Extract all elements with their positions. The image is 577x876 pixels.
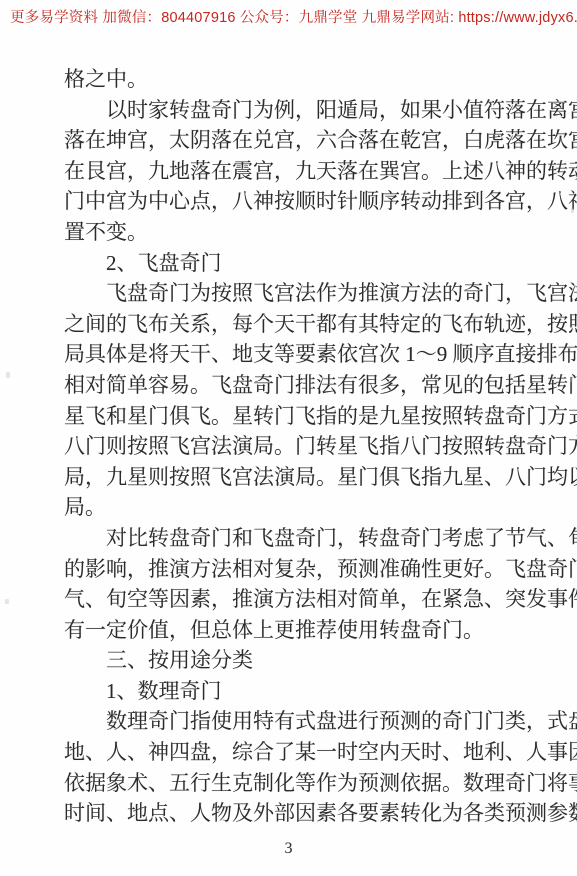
scan-speck xyxy=(570,377,573,382)
scan-speck xyxy=(5,599,9,604)
text-line: 气、旬空等因素，推演方法相对简单，在紧急、突发事件的预测上 xyxy=(64,584,534,615)
page-number: 3 xyxy=(0,840,577,858)
text-line: 以时家转盘奇门为例，阳遁局，如果小值符落在离宫，则螣蛇 xyxy=(64,95,534,126)
scanned-page: 更多易学资料 加微信：804407916 公众号：九鼎学堂 九鼎易学网站: ht… xyxy=(0,0,577,876)
text-line: 落在坤宫，太阴落在兑宫，六合落在乾宫，白虎落在坎宫，玄武落 xyxy=(64,125,534,156)
text-line-heading: 2、飞盘奇门 xyxy=(64,248,534,279)
text-line: 门中宫为中心点，八神按顺时针顺序转动排到各宫，八神的相对位 xyxy=(64,186,534,217)
text-line: 有一定价值，但总体上更推荐使用转盘奇门。 xyxy=(64,615,534,646)
text-line: 在艮宫，九地落在震宫，九天落在巽宫。上述八神的转动，是以奇 xyxy=(64,156,534,187)
text-line: 置不变。 xyxy=(64,217,534,248)
text-line: 对比转盘奇门和飞盘奇门，转盘奇门考虑了节气、旬空等因素 xyxy=(64,523,534,554)
text-line: 地、人、神四盘，综合了某一时空内天时、地利、人事因素和状态， xyxy=(64,737,534,768)
text-line: 星飞和星门俱飞。星转门飞指的是九星按照转盘奇门方式旋转演局， xyxy=(64,401,534,432)
scan-speck xyxy=(6,372,10,378)
text-line: 之间的飞布关系，每个天干都有其特定的飞布轨迹，按照飞宫法演 xyxy=(64,309,534,340)
text-line: 的影响，推演方法相对复杂，预测准确性更好。飞盘奇门未考虑节 xyxy=(64,554,534,585)
text-line: 八门则按照飞宫法演局。门转星飞指八门按照转盘奇门方式旋转演 xyxy=(64,431,534,462)
text-line: 局具体是将天干、地支等要素依宫次 1～9 顺序直接排布在九宫格中， xyxy=(64,339,534,370)
text-line: 飞盘奇门为按照飞宫法作为推演方法的奇门，飞宫法强调天干 xyxy=(64,278,534,309)
text-line: 数理奇门指使用特有式盘进行预测的奇门门类，式盘包括天、 xyxy=(64,706,534,737)
text-column: 格之中。 以时家转盘奇门为例，阳遁局，如果小值符落在离宫，则螣蛇 落在坤宫，太阴… xyxy=(64,64,534,829)
scan-speck xyxy=(571,208,574,213)
watermark-header: 更多易学资料 加微信：804407916 公众号：九鼎学堂 九鼎易学网站: ht… xyxy=(10,6,577,27)
text-line: 相对简单容易。飞盘奇门排法有很多，常见的包括星转门飞、门转 xyxy=(64,370,534,401)
text-line: 局，九星则按照飞宫法演局。星门俱飞指九星、八门均以飞宫法演 xyxy=(64,462,534,493)
text-line-heading: 1、数理奇门 xyxy=(64,676,534,707)
text-line: 依据象术、五行生克制化等作为预测依据。数理奇门将事物发生的 xyxy=(64,768,534,799)
text-line-heading: 三、按用途分类 xyxy=(64,645,534,676)
text-line: 格之中。 xyxy=(64,64,534,95)
text-line: 时间、地点、人物及外部因素各要素转化为各类预测参数，通过分 xyxy=(64,798,534,829)
text-line: 局。 xyxy=(64,492,534,523)
